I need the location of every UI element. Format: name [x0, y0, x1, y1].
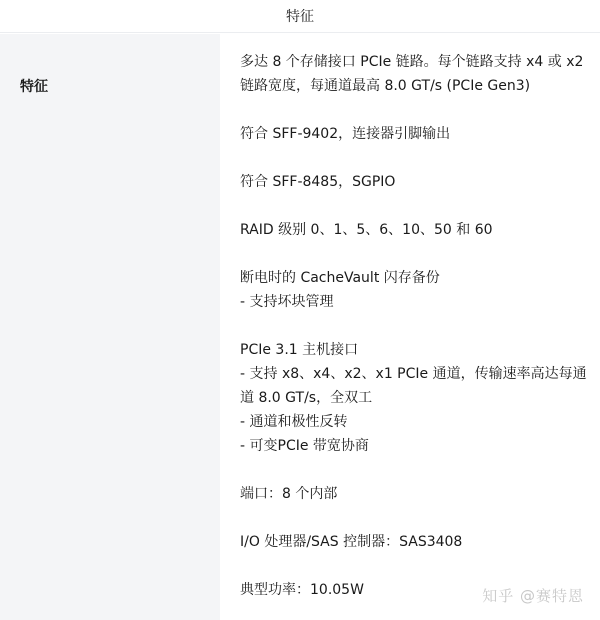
watermark: 知乎 @赛特恩: [482, 585, 584, 606]
feature-pcie-host: PCIe 3.1 主机接口 - 支持 x8、x4、x2、x1 PCIe 通道，传…: [240, 338, 588, 458]
row-label: 特征: [20, 79, 48, 95]
table-header: 特征: [0, 0, 600, 33]
feature-line: - 支持 x8、x4、x2、x1 PCIe 通道，传输速率高达每通: [240, 362, 588, 386]
feature-line: 多达 8 个存储接口 PCIe 链路。每个链路支持 x4 或 x2: [240, 50, 588, 74]
table-row-features: 特征 多达 8 个存储接口 PCIe 链路。每个链路支持 x4 或 x2 链路宽…: [0, 34, 600, 620]
feature-line: 断电时的 CacheVault 闪存备份: [240, 266, 588, 290]
feature-cachevault: 断电时的 CacheVault 闪存备份 - 支持坏块管理: [240, 266, 588, 314]
feature-line: 端口：8 个内部: [240, 482, 588, 506]
feature-pcie-links: 多达 8 个存储接口 PCIe 链路。每个链路支持 x4 或 x2 链路宽度，每…: [240, 50, 588, 98]
feature-line: RAID 级别 0、1、5、6、10、50 和 60: [240, 218, 588, 242]
feature-raid-levels: RAID 级别 0、1、5、6、10、50 和 60: [240, 218, 588, 242]
row-value-cell: 多达 8 个存储接口 PCIe 链路。每个链路支持 x4 或 x2 链路宽度，每…: [220, 34, 600, 620]
feature-line: - 通道和极性反转: [240, 410, 588, 434]
table-header-title: 特征: [286, 6, 314, 26]
feature-ports: 端口：8 个内部: [240, 482, 588, 506]
feature-controller: I/O 处理器/SAS 控制器：SAS3408: [240, 530, 588, 554]
feature-sff9402: 符合 SFF-9402，连接器引脚输出: [240, 122, 588, 146]
feature-line: 符合 SFF-8485，SGPIO: [240, 170, 588, 194]
feature-line: 链路宽度，每通道最高 8.0 GT/s (PCIe Gen3): [240, 74, 588, 98]
feature-line: I/O 处理器/SAS 控制器：SAS3408: [240, 530, 588, 554]
spec-table: 特征 特征 多达 8 个存储接口 PCIe 链路。每个链路支持 x4 或 x2 …: [0, 0, 600, 620]
feature-line: - 可变PCIe 带宽协商: [240, 434, 588, 458]
feature-line: - 支持坏块管理: [240, 290, 588, 314]
row-label-cell: 特征: [0, 34, 220, 620]
feature-line: PCIe 3.1 主机接口: [240, 338, 588, 362]
feature-sff8485: 符合 SFF-8485，SGPIO: [240, 170, 588, 194]
feature-line: 符合 SFF-9402，连接器引脚输出: [240, 122, 588, 146]
feature-line: 道 8.0 GT/s，全双工: [240, 386, 588, 410]
